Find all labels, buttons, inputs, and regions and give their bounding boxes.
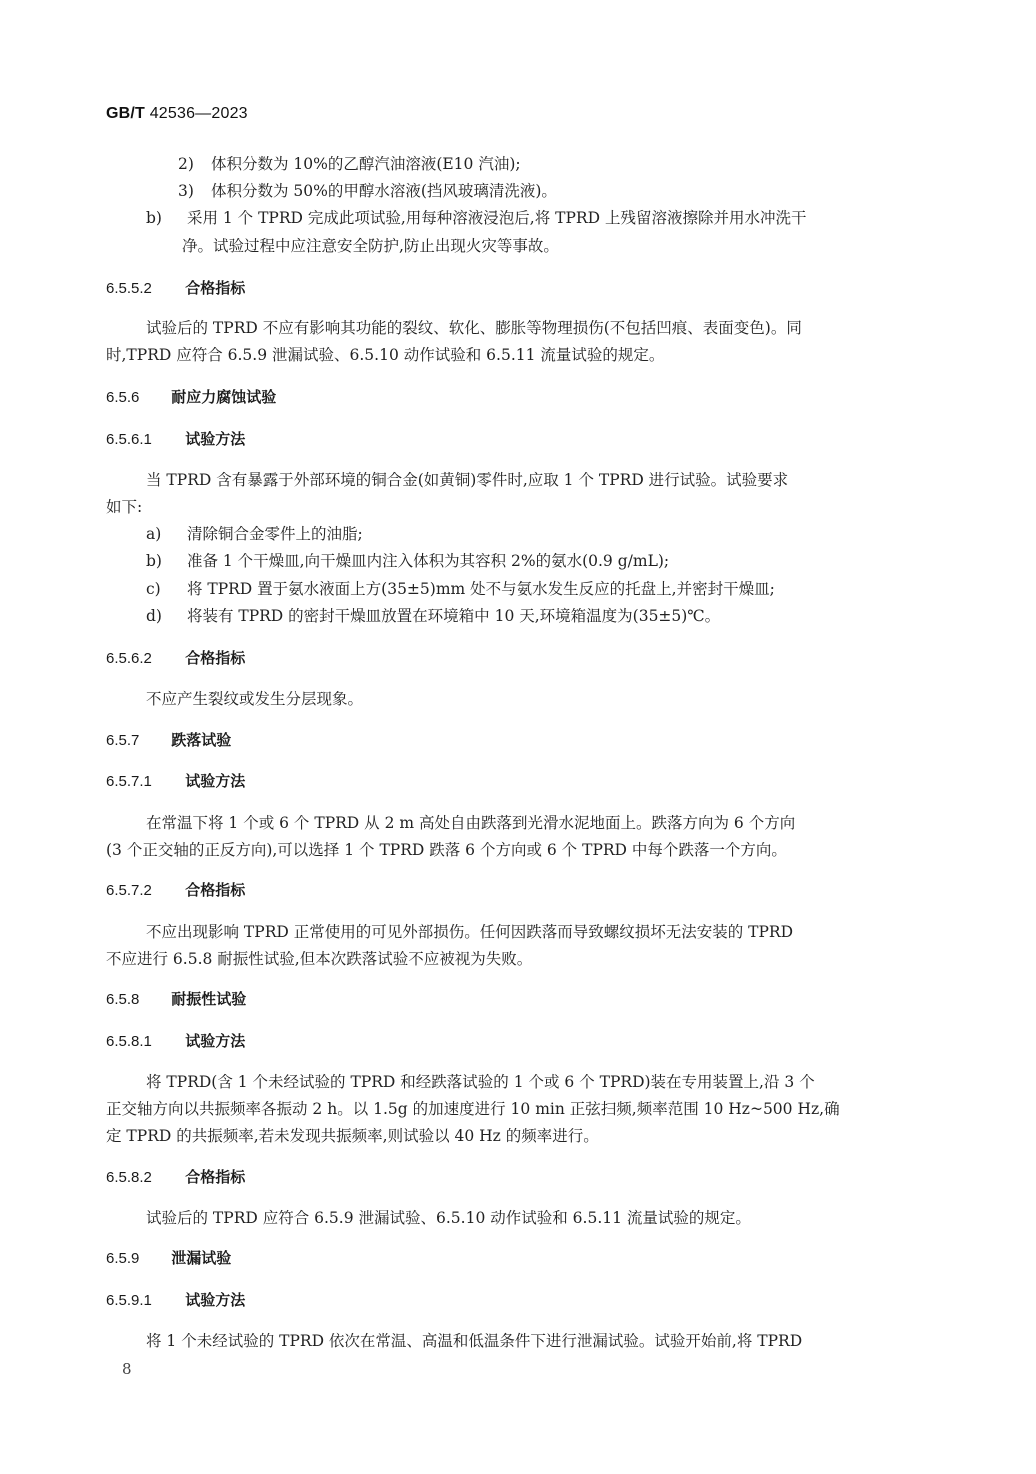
- list-text: 体积分数为 50%的甲醇水溶液(挡风玻璃清洗液)。: [211, 182, 557, 200]
- paragraph-line: 在常温下将 1 个或 6 个 TPRD 从 2 m 高处自由跌落到光滑水泥地面上…: [146, 813, 795, 833]
- paragraph-line: (3 个正交轴的正反方向),可以选择 1 个 TPRD 跌落 6 个方向或 6 …: [106, 840, 787, 860]
- section-title: 跌落试验: [171, 731, 231, 749]
- list-text: 清除铜合金零件上的油脂;: [187, 525, 363, 543]
- paragraph-line: 试验后的 TPRD 不应有影响其功能的裂纹、软化、膨胀等物理损伤(不包括凹痕、表…: [146, 318, 802, 338]
- section-title: 试验方法: [185, 772, 245, 790]
- standard-code: GB/T: [106, 105, 145, 122]
- list-item-2: 2) 体积分数为 10%的乙醇汽油溶液(E10 汽油);: [178, 154, 521, 174]
- section-number: 6.5.8.2: [106, 1168, 180, 1188]
- list-text: 准备 1 个干燥皿,向干燥皿内注入体积为其容积 2%的氨水(0.9 g/mL);: [187, 552, 669, 570]
- list-marker: 2): [178, 154, 206, 174]
- section-number: 6.5.5.2: [106, 279, 180, 299]
- paragraph-line: 正交轴方向以共振频率各振动 2 h。以 1.5g 的加速度进行 10 min 正…: [106, 1099, 840, 1119]
- section-heading-6-5-7-2: 6.5.7.2 合格指标: [106, 880, 245, 901]
- section-title: 耐振性试验: [171, 990, 246, 1008]
- section-heading-6-5-6-1: 6.5.6.1 试验方法: [106, 429, 245, 450]
- section-heading-6-5-5-2: 6.5.5.2 合格指标: [106, 278, 245, 299]
- section-number: 6.5.8.1: [106, 1032, 180, 1052]
- list-marker: a): [146, 524, 182, 544]
- section-title: 试验方法: [185, 430, 245, 448]
- section-number: 6.5.9.1: [106, 1291, 180, 1311]
- section-heading-6-5-8-1: 6.5.8.1 试验方法: [106, 1031, 245, 1052]
- paragraph-line: 不应出现影响 TPRD 正常使用的可见外部损伤。任何因跌落而导致螺纹损坏无法安装…: [146, 922, 793, 942]
- list-item-b: b) 采用 1 个 TPRD 完成此项试验,用每种溶液浸泡后,将 TPRD 上残…: [146, 208, 806, 228]
- list-marker: b): [146, 551, 182, 571]
- section-title: 泄漏试验: [171, 1249, 231, 1267]
- section-title: 试验方法: [185, 1291, 245, 1309]
- standard-number: 42536—2023: [150, 105, 248, 122]
- standard-header: GB/T 42536—2023: [106, 105, 248, 123]
- section-heading-6-5-6: 6.5.6 耐应力腐蚀试验: [106, 387, 276, 408]
- section-heading-6-5-7-1: 6.5.7.1 试验方法: [106, 771, 245, 792]
- document-page: GB/T 42536—2023 2) 体积分数为 10%的乙醇汽油溶液(E10 …: [0, 0, 1036, 1474]
- section-heading-6-5-8: 6.5.8 耐振性试验: [106, 989, 246, 1010]
- section-title: 合格指标: [185, 279, 245, 297]
- list-item-b: b) 准备 1 个干燥皿,向干燥皿内注入体积为其容积 2%的氨水(0.9 g/m…: [146, 551, 669, 571]
- list-marker: d): [146, 606, 182, 626]
- list-item-3: 3) 体积分数为 50%的甲醇水溶液(挡风玻璃清洗液)。: [178, 181, 557, 201]
- list-marker: c): [146, 579, 182, 599]
- paragraph-line: 试验后的 TPRD 应符合 6.5.9 泄漏试验、6.5.10 动作试验和 6.…: [146, 1208, 751, 1228]
- section-number: 6.5.7.2: [106, 881, 180, 901]
- section-number: 6.5.7: [106, 731, 166, 751]
- section-number: 6.5.6.1: [106, 430, 180, 450]
- section-title: 合格指标: [185, 649, 245, 667]
- section-title: 合格指标: [185, 1168, 245, 1186]
- list-item-b-continued: 净。试验过程中应注意安全防护,防止出现火灾等事故。: [182, 236, 559, 256]
- paragraph-line: 定 TPRD 的共振频率,若未发现共振频率,则试验以 40 Hz 的频率进行。: [106, 1126, 599, 1146]
- paragraph-line: 不应进行 6.5.8 耐振性试验,但本次跌落试验不应被视为失败。: [106, 949, 532, 969]
- list-marker: b): [146, 208, 182, 228]
- section-heading-6-5-9-1: 6.5.9.1 试验方法: [106, 1290, 245, 1311]
- list-item-a: a) 清除铜合金零件上的油脂;: [146, 524, 363, 544]
- section-heading-6-5-8-2: 6.5.8.2 合格指标: [106, 1167, 245, 1188]
- list-text: 将 TPRD 置于氨水液面上方(35±5)mm 处不与氨水发生反应的托盘上,并密…: [187, 580, 775, 598]
- list-marker: 3): [178, 181, 206, 201]
- section-number: 6.5.8: [106, 990, 166, 1010]
- section-heading-6-5-6-2: 6.5.6.2 合格指标: [106, 648, 245, 669]
- section-title: 试验方法: [185, 1032, 245, 1050]
- section-number: 6.5.6: [106, 388, 166, 408]
- paragraph-line: 不应产生裂纹或发生分层现象。: [146, 689, 363, 709]
- list-text: 体积分数为 10%的乙醇汽油溶液(E10 汽油);: [211, 155, 521, 173]
- section-number: 6.5.7.1: [106, 772, 180, 792]
- list-item-c: c) 将 TPRD 置于氨水液面上方(35±5)mm 处不与氨水发生反应的托盘上…: [146, 579, 775, 599]
- page-number: 8: [122, 1360, 132, 1378]
- paragraph-line: 当 TPRD 含有暴露于外部环境的铜合金(如黄铜)零件时,应取 1 个 TPRD…: [146, 470, 788, 490]
- list-text: 采用 1 个 TPRD 完成此项试验,用每种溶液浸泡后,将 TPRD 上残留溶液…: [187, 209, 807, 227]
- section-number: 6.5.9: [106, 1249, 166, 1269]
- list-item-d: d) 将装有 TPRD 的密封干燥皿放置在环境箱中 10 天,环境箱温度为(35…: [146, 606, 720, 626]
- section-title: 耐应力腐蚀试验: [171, 388, 276, 406]
- section-heading-6-5-7: 6.5.7 跌落试验: [106, 730, 231, 751]
- section-heading-6-5-9: 6.5.9 泄漏试验: [106, 1248, 231, 1269]
- paragraph-line: 时,TPRD 应符合 6.5.9 泄漏试验、6.5.10 动作试验和 6.5.1…: [106, 345, 664, 365]
- section-title: 合格指标: [185, 881, 245, 899]
- paragraph-line: 将 1 个未经试验的 TPRD 依次在常温、高温和低温条件下进行泄漏试验。试验开…: [146, 1331, 802, 1351]
- list-text: 将装有 TPRD 的密封干燥皿放置在环境箱中 10 天,环境箱温度为(35±5)…: [187, 607, 720, 625]
- paragraph-line: 将 TPRD(含 1 个未经试验的 TPRD 和经跌落试验的 1 个或 6 个 …: [146, 1072, 815, 1092]
- paragraph-line: 如下:: [106, 497, 142, 517]
- section-number: 6.5.6.2: [106, 649, 180, 669]
